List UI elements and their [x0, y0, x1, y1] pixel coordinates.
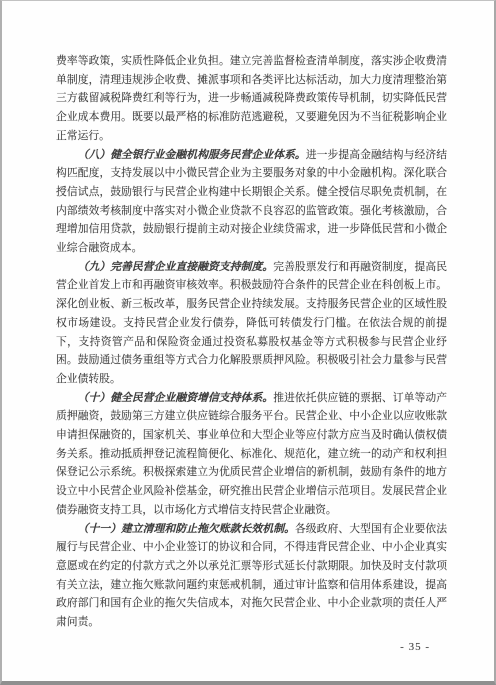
paragraph-body-text: 进一步提高金融结构与经济结构匹配度，支持发展以中小微民营企业为主要服务对象的中小… — [56, 149, 447, 255]
paragraph-continuation: 费率等政策，实质性降低企业负担。建立完善监督检查清单制度，落实涉企收费清单制度，… — [56, 52, 447, 146]
paragraph-body-text: 完善股票发行和再融资制度，提高民营企业首发上市和再融资审核效率。积极鼓励符合条件… — [56, 261, 447, 385]
paragraph-section-8: （八）健全银行业金融机构服务民营企业体系。进一步提高金融结构与经济结构匹配度，支… — [56, 146, 447, 258]
page-number: - 35 - — [400, 640, 430, 654]
section-heading: （八）健全银行业金融机构服务民营企业体系。 — [78, 149, 306, 161]
paragraph-section-9: （九）完善民营企业直接融资支持制度。完善股票发行和再融资制度，提高民营企业首发上… — [56, 258, 447, 389]
section-heading: （十）健全民营企业融资增信支持体系。 — [78, 392, 274, 404]
paragraph-section-11: （十一）建立清理和防止拖欠账款长效机制。各级政府、大型国有企业要依法履行与民营企… — [56, 520, 447, 632]
paragraph-section-10: （十）健全民营企业融资增信支持体系。推进依托供应链的票据、订单等动产质押融资，鼓… — [56, 389, 447, 520]
paragraph-body-text: 各级政府、大型国有企业要依法履行与民营企业、中小企业签订的协议和合同，不得违背民… — [56, 523, 447, 629]
document-page: 费率等政策，实质性降低企业负担。建立完善监督检查清单制度，落实涉企收费清单制度，… — [0, 0, 496, 685]
document-text-block: 费率等政策，实质性降低企业负担。建立完善监督检查清单制度，落实涉企收费清单制度，… — [56, 52, 447, 632]
paragraph-body-text: 推进依托供应链的票据、订单等动产质押融资，鼓励第三方建立供应链综合服务平台。民营… — [56, 392, 447, 516]
paragraph-body-text: 费率等政策，实质性降低企业负担。建立完善监督检查清单制度，落实涉企收费清单制度，… — [56, 55, 447, 142]
section-heading: （十一）建立清理和防止拖欠账款长效机制。 — [78, 523, 295, 535]
section-heading: （九）完善民营企业直接融资支持制度。 — [78, 261, 274, 273]
